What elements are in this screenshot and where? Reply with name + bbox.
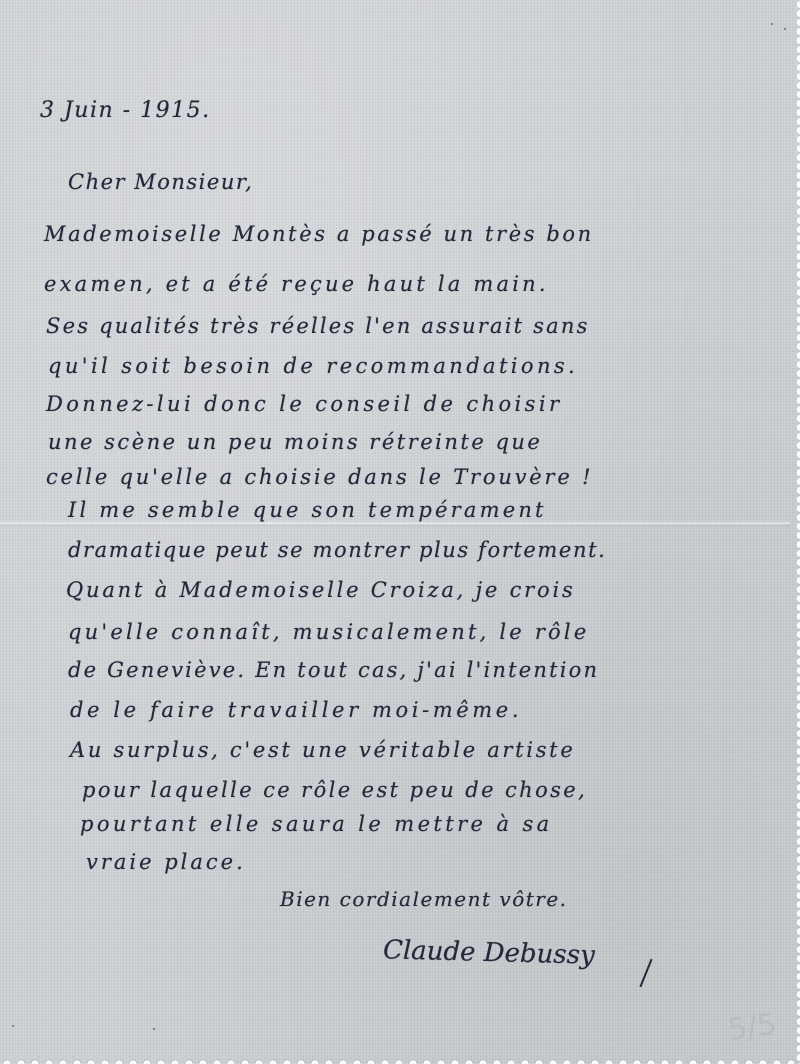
signature-flourish [639,959,652,988]
letter-body-line: de Geneviève. En tout cas, j'ai l'intent… [68,660,599,681]
letter-body-line: qu'elle connaît, musicalement, le rôle [68,622,589,643]
letter-body-line: Mademoiselle Montès a passé un très bon [44,224,594,245]
perforated-bottom-edge [0,1058,800,1064]
letter-body-line: pour laquelle ce rôle est peu de chose, [82,780,587,801]
letter-page: 3 Juin - 1915. Cher Monsieur, Mademoisel… [0,0,800,1064]
letter-body-line: une scène un peu moins rétreinte que [48,432,542,453]
letter-body-line: dramatique peut se montrer plus fortemen… [68,540,606,561]
letter-date: 3 Juin - 1915. [40,100,211,122]
letter-body-line: de le faire travailler moi-même. [70,700,522,721]
letter-salutation: Cher Monsieur, [68,172,253,193]
letter-body-line: Donnez-lui donc le conseil de choisir [46,394,562,415]
paper-speck [12,1025,14,1027]
letter-body-line: celle qu'elle a choisie dans le Trouvère… [46,467,593,488]
letter-closing: Bien cordialement vôtre. [280,889,568,909]
signature: Claude Debussy [383,937,595,969]
letter-body-line: Au surplus, c'est une véritable artiste [70,740,575,761]
letter-body-line: qu'il soit besoin de recommandations. [48,356,578,377]
letter-body-line: vraie place. [86,852,246,873]
paper-speck [784,28,786,30]
paper-speck [153,1028,155,1030]
letter-body-line: Ses qualités très réelles l'en assurait … [46,316,590,337]
letter-body-line: Il me semble que son tempérament [68,500,547,521]
letter-body-line: pourtant elle saura le mettre à sa [80,814,553,835]
letter-body-line: examen, et a été reçue haut la main. [44,274,549,295]
paper-speck [771,23,773,25]
letter-body-line: Quant à Mademoiselle Croiza, je crois [66,580,576,601]
perforated-right-edge [792,0,800,1064]
page-number: 5/5 [726,1007,779,1048]
